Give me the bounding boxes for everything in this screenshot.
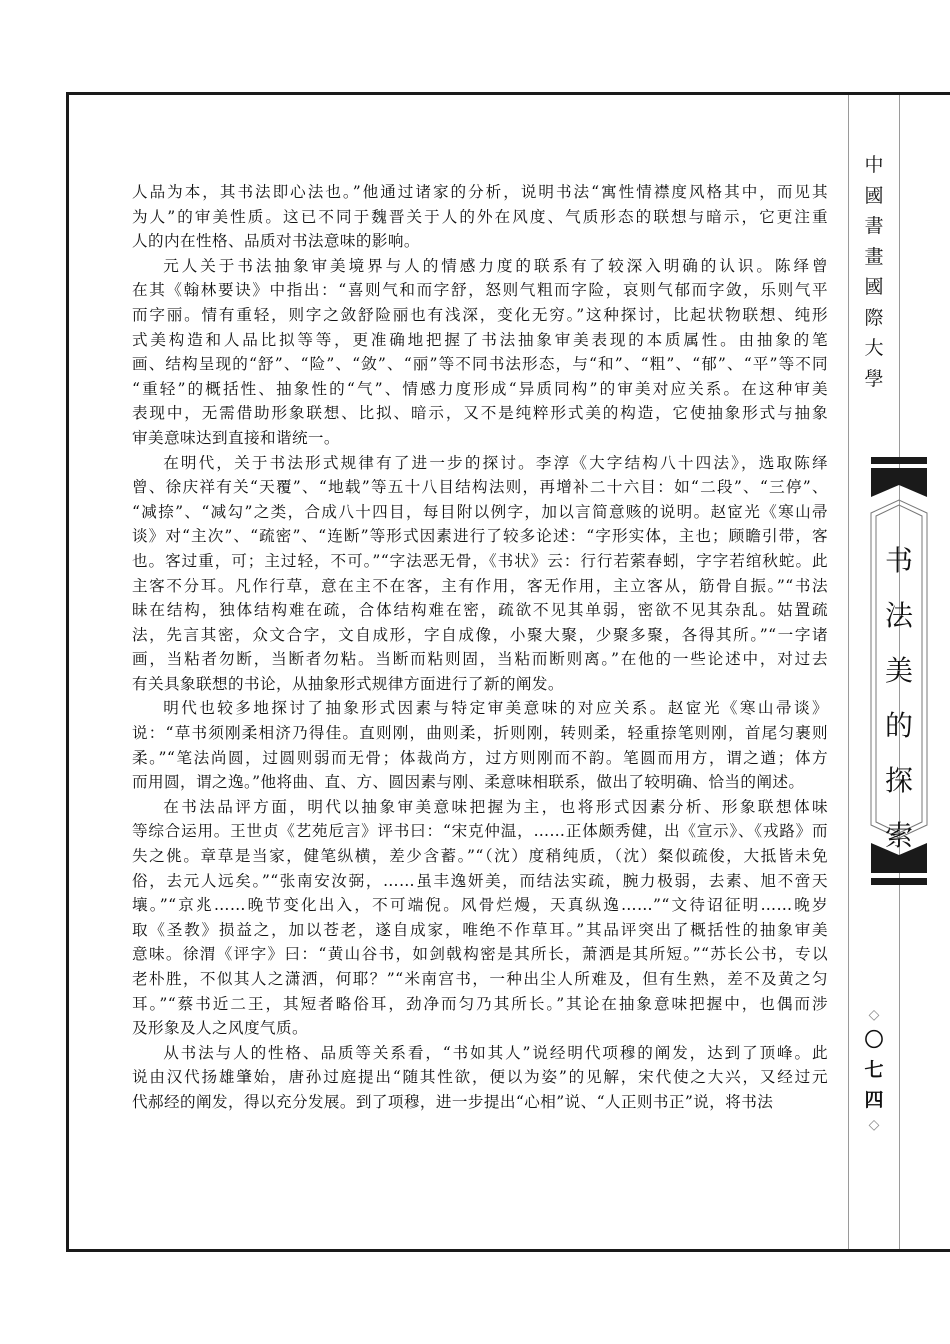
text-line: 元人关于书法抽象审美境界与人的情感力度的联系有了较深入明确的认识。陈绎曾 [132, 254, 828, 279]
university-char: 際 [864, 303, 883, 334]
university-char: 中 [864, 150, 883, 181]
title-char: 探 [885, 753, 913, 808]
page-frame-top-border [66, 92, 950, 95]
text-line: “重轻”的概括性、抽象性的“气”、情感力度形成“异质同构”的审美对应关系。在这种… [132, 377, 828, 402]
text-line: 失之佻。章草是当家，健笔纵横，差少含蓄。”“（沈）度稍纯质，（沈）粲似疏俊，大抵… [132, 844, 828, 869]
body-text: 人品为本，其书法即心法也。”他通过诸家的分析，说明书法“寓性情襟度风格其中，而见… [132, 180, 828, 1115]
university-name-vertical: 中國書畫國際大學 [858, 150, 890, 394]
text-line: 从书法与人的性格、品质等关系看，“书如其人”说经明代项穆的阐发，达到了顶峰。此 [132, 1041, 828, 1066]
page-number-digit: 〇 [864, 1025, 883, 1055]
paragraph: 从书法与人的性格、品质等关系看，“书如其人”说经明代项穆的阐发，达到了顶峰。此说… [132, 1041, 828, 1115]
page-number-digit: 四 [864, 1085, 883, 1115]
text-line: 说：“草书须刚柔相济乃得佳。直则刚，曲则柔，折则刚，转则柔，轻重捺笔则刚，首尾匀… [132, 721, 828, 746]
diamond-ornament-icon: ◇ [869, 1005, 880, 1025]
university-char: 大 [864, 333, 883, 364]
text-line: 代郝经的阐发，得以充分发展。到了项穆，进一步提出“心相”说、“人正则书正”说，将… [132, 1090, 828, 1115]
diamond-ornament-icon: ◇ [869, 1115, 880, 1135]
paragraph: 在书法品评方面，明代以抽象审美意味把握为主，也将形式因素分析、形象联想体味等综合… [132, 795, 828, 1041]
text-line: 式美构造和人品比拟等等，更准确地把握了书法抽象审美表现的本质属性。由抽象的笔 [132, 328, 828, 353]
text-line: 也。客过重，可；主过轻，不可。”“字法恶无骨，《书状》云：行行若萦春蚓，字字若绾… [132, 549, 828, 574]
title-char: 的 [885, 698, 913, 753]
text-line: “减捺”、“减勾”之类，合成八十四目，每目附以例字，加以言简意赅的说明。赵宧光《… [132, 500, 828, 525]
text-line: 壤。”“京兆……晚节变化出入，不可端倪。风骨烂熳，天真纵逸……”“文待诏征明……… [132, 893, 828, 918]
text-line: 意味。徐渭《评字》曰：“黄山谷书，如剑戟构密是其所长，萧洒是其所短。”“苏长公书… [132, 942, 828, 967]
title-char: 书 [885, 533, 913, 588]
text-line: 画、结构呈现的“舒”、“险”、“敛”、“丽”等不同书法形态，与“和”、“粗”、“… [132, 352, 828, 377]
book-title-cartouche: 书法美的探索 [866, 455, 932, 887]
page-number: ◇ 〇 七 四 ◇ [858, 1005, 890, 1135]
university-char: 國 [864, 272, 883, 303]
paragraph: 元人关于书法抽象审美境界与人的情感力度的联系有了较深入明确的认识。陈绎曾在其《翰… [132, 254, 828, 451]
paragraph: 在明代，关于书法形式规律有了进一步的探讨。李淳《大字结构八十四法》，选取陈绎曾、… [132, 451, 828, 697]
text-line: 人品为本，其书法即心法也。”他通过诸家的分析，说明书法“寓性情襟度风格其中，而见… [132, 180, 828, 205]
paragraph: 明代也较多地探讨了抽象形式因素与特定审美意味的对应关系。赵宧光《寒山帚谈》说：“… [132, 696, 828, 794]
text-line: 在明代，关于书法形式规律有了进一步的探讨。李淳《大字结构八十四法》，选取陈绎 [132, 451, 828, 476]
page-number-digit: 七 [864, 1055, 883, 1085]
text-line: 谈》对“主次”、“疏密”、“连断”等形式因素进行了较多论述：“字形实体，主也；顾… [132, 524, 828, 549]
text-line: 人的内在性格、品质对书法意味的影响。 [132, 229, 828, 254]
text-line: 等综合运用。王世贞《艺苑卮言》评书曰：“宋克仲温，……正体颇秀健，出《宣示》、《… [132, 819, 828, 844]
text-line: 主客不分耳。凡作行草，意在主不在客，主有作用，客无作用，主立客从，筋骨自振。”“… [132, 574, 828, 599]
text-line: 说由汉代扬雄肇始，唐孙过庭提出“随其性欲，便以为姿”的见解，宋代使之大兴，又经过… [132, 1065, 828, 1090]
text-line: 审美意味达到直接和谐统一。 [132, 426, 828, 451]
text-line: 有关具象联想的书论，从抽象形式规律方面进行了新的阐发。 [132, 672, 828, 697]
university-char: 國 [864, 181, 883, 212]
text-line: 在其《翰林要诀》中指出：“喜则气和而字舒，怒则气粗而字险，哀则气郁而字敛，乐则气… [132, 278, 828, 303]
page-frame-left-border [66, 92, 69, 1252]
text-line: 昧在结构，独体结构难在疏，合体结构难在密，疏欲不见其单弱，密欲不见其杂乱。姑置疏 [132, 598, 828, 623]
sidebar-rule-left [848, 95, 849, 1249]
text-line: 画，当粘者勿断，当断者勿粘。当断而粘则固，当粘而断则离。”在他的一些论述中，对过… [132, 647, 828, 672]
text-line: 而用圆，谓之逸。”他将曲、直、方、圆因素与刚、柔意味相联系，做出了较明确、恰当的… [132, 770, 828, 795]
text-line: 及形象及人之风度气质。 [132, 1016, 828, 1041]
text-line: 取《圣教》损益之，加以苍老，遂自成家，唯绝不作草耳。”其品评突出了概括性的抽象审… [132, 918, 828, 943]
title-char: 法 [885, 588, 913, 643]
text-line: 俗，去元人远矣。”“张南安汝弼，……虽丰逸妍美，而结法实疏，腕力极弱，去素、旭不… [132, 869, 828, 894]
university-char: 畫 [864, 242, 883, 273]
text-line: 表现中，无需借助形象联想、比拟、暗示，又不是纯粹形式美的构造，它使抽象形式与抽象 [132, 401, 828, 426]
text-line: 明代也较多地探讨了抽象形式因素与特定审美意味的对应关系。赵宧光《寒山帚谈》 [132, 696, 828, 721]
title-char: 美 [885, 643, 913, 698]
paragraph: 人品为本，其书法即心法也。”他通过诸家的分析，说明书法“寓性情襟度风格其中，而见… [132, 180, 828, 254]
text-line: 老朴胜，不似其人之潇洒，何耶？”“米南宫书，一种出尘人所难及，但有生熟，差不及黄… [132, 967, 828, 992]
university-char: 學 [864, 364, 883, 395]
text-line: 在书法品评方面，明代以抽象审美意味把握为主，也将形式因素分析、形象联想体味 [132, 795, 828, 820]
book-title-vertical: 书法美的探索 [866, 533, 932, 863]
page-frame-bottom-border [66, 1249, 950, 1252]
title-char: 索 [885, 808, 913, 863]
text-line: 为人”的审美性质。这已不同于魏晋关于人的外在风度、气质形态的联想与暗示，它更注重 [132, 205, 828, 230]
text-line: 曾、徐庆祥有关“天覆”、“地载”等五十八目结构法则，再增补二十六目：如“二段”、… [132, 475, 828, 500]
text-line: 柔。”“笔法尚圆，过圆则弱而无骨；体裁尚方，过方则刚而不韵。笔圆而用方，谓之遒；… [132, 746, 828, 771]
text-line: 而字丽。情有重轻，则字之敛舒险丽也有浅深，变化无穷。”这种探讨，比起状物联想、纯… [132, 303, 828, 328]
university-char: 書 [864, 211, 883, 242]
text-line: 法，先言其密，众文合字，文自成形，字自成像，小聚大聚，少聚多聚，各得其所。”“一… [132, 623, 828, 648]
text-line: 耳。”“蔡书近二王，其短者略俗耳，劲净而匀乃其所长。”其论在抽象意味把握中，也偶… [132, 992, 828, 1017]
